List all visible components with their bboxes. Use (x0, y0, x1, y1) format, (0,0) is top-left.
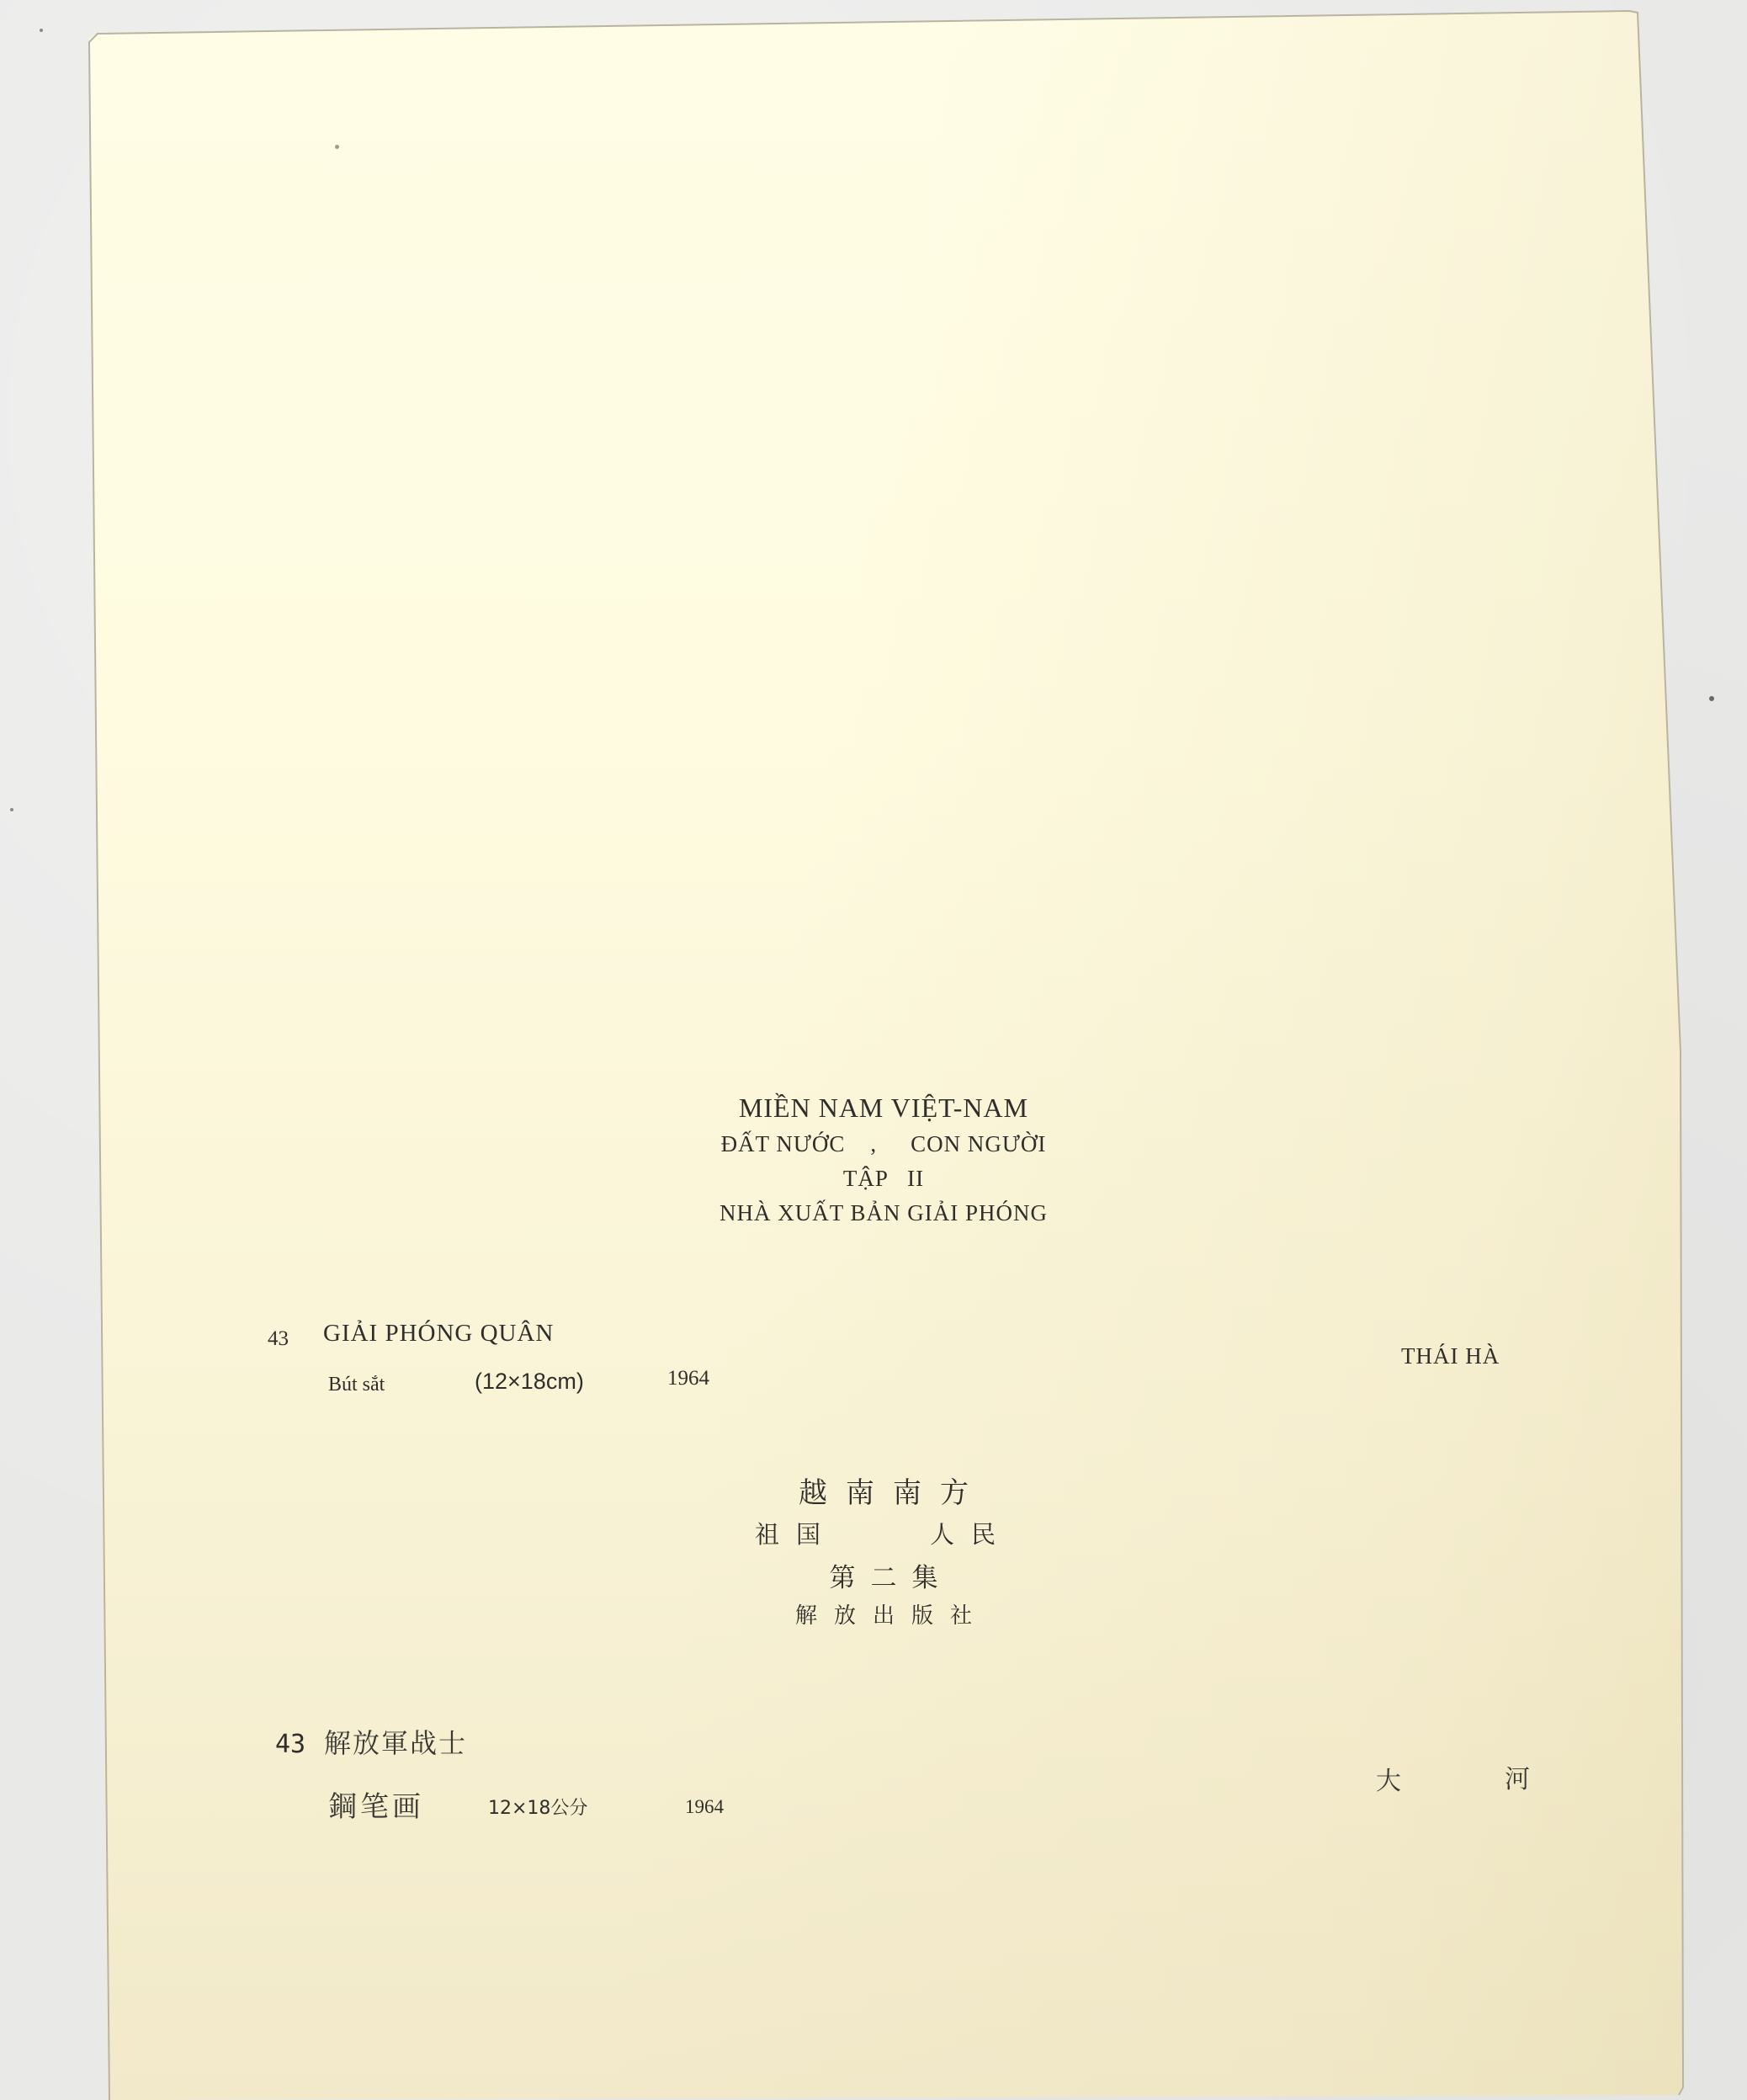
vn-subtitle: ĐẤT NƯỚC,CON NGƯỜI (640, 1133, 1128, 1156)
cn-entry-size: 12×18公分 (488, 1800, 587, 1818)
cn-entry-medium: 鋼笔画 (328, 1793, 424, 1821)
paper-speck (335, 145, 339, 149)
cn-entry-artist-char-1: 大 (1376, 1769, 1401, 1794)
background-speck (10, 808, 13, 811)
vn-entry-number: 43 (268, 1328, 289, 1349)
vn-header: MIỀN NAM VIỆT-NAM ĐẤT NƯỚC,CON NGƯỜI TẬP… (640, 1094, 1128, 1225)
cn-volume: 第二集 (640, 1566, 1128, 1592)
vn-publisher: NHÀ XUẤT BẢN GIẢI PHÓNG (640, 1202, 1128, 1225)
cn-publisher: 解放出版社 (640, 1605, 1128, 1627)
background-speck (1709, 696, 1714, 701)
vn-volume: TẬP II (640, 1167, 1128, 1190)
cn-entry-number: 43 (275, 1732, 305, 1757)
vn-subtitle-separator: , (870, 1131, 877, 1156)
vn-subtitle-left: ĐẤT NƯỚC (721, 1131, 846, 1156)
cn-entry-year: 1964 (685, 1797, 724, 1816)
scanned-page: MIỀN NAM VIỆT-NAM ĐẤT NƯỚC,CON NGƯỜI TẬP… (0, 0, 1747, 2100)
vn-entry-title: GIẢI PHÓNG QUÂN (323, 1321, 554, 1346)
vn-entry-year: 1964 (667, 1368, 709, 1389)
vn-subtitle-right: CON NGƯỜI (911, 1131, 1046, 1156)
cn-entry-title: 解放軍战士 (324, 1730, 467, 1757)
cn-subtitle-right: 人民 (930, 1520, 1012, 1549)
vn-title: MIỀN NAM VIỆT-NAM (640, 1094, 1128, 1121)
cn-subtitle-left: 祖国 (755, 1520, 837, 1549)
cn-subtitle: 祖国人民 (640, 1523, 1128, 1547)
cn-entry-artist-char-2: 河 (1505, 1768, 1530, 1793)
paper-sheet (0, 0, 1747, 2100)
background-speck (40, 29, 43, 32)
cn-header: 越南南方 祖国人民 第二集 解放出版社 (640, 1479, 1128, 1627)
vn-entry-size: (12×18cm) (475, 1370, 584, 1393)
vn-entry-medium: Bút sắt (328, 1374, 385, 1395)
cn-title: 越南南方 (640, 1479, 1128, 1507)
vn-entry-artist: THÁI HÀ (1401, 1345, 1500, 1368)
